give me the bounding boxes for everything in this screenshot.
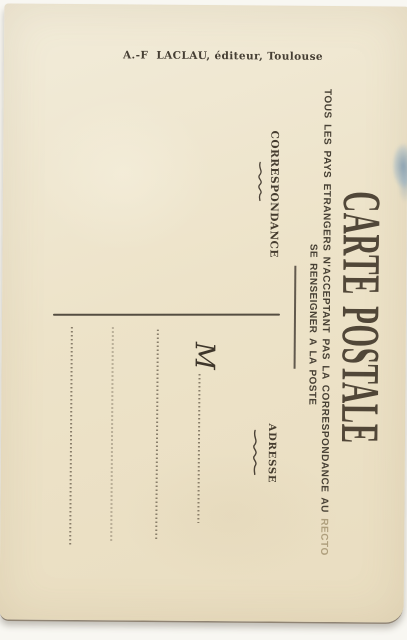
postcard-photo: A.-F LACLAU, éditeur, Toulouse CARTE POS…: [0, 0, 407, 640]
address-dotted-line: [110, 327, 113, 542]
notice-line-1-faded: RECTO: [318, 518, 329, 556]
address-dotted-line: [155, 330, 158, 540]
publisher-imprint: A.-F LACLAU, éditeur, Toulouse: [123, 49, 311, 62]
postcard-back: A.-F LACLAU, éditeur, Toulouse CARTE POS…: [0, 3, 407, 622]
address-m-prefix: M: [192, 342, 216, 370]
adresse-label: ADRESSE: [266, 423, 277, 483]
paper-highlight: [32, 94, 213, 255]
flourish-icon: [254, 161, 266, 201]
blue-ink-smudge: [385, 142, 407, 208]
notice-line-2: SE RENSEIGNER A LA POSTE: [306, 244, 318, 406]
paper-stain: [120, 444, 341, 586]
address-header-rule: [294, 266, 297, 369]
flourish-icon: [249, 429, 261, 475]
correspondance-label: CORRESPONDANCE: [267, 131, 280, 258]
address-dotted-line: [197, 374, 200, 523]
notice-line-1: TOUS LES PAYS ETRANGERS N'ACCEPTANT PAS …: [318, 89, 333, 556]
divider-line: [53, 314, 280, 316]
address-dotted-line: [69, 327, 72, 545]
card-title: CARTE POSTALE: [339, 191, 383, 444]
notice-line-1-main: TOUS LES PAYS ETRANGERS N'ACCEPTANT PAS …: [318, 89, 332, 518]
